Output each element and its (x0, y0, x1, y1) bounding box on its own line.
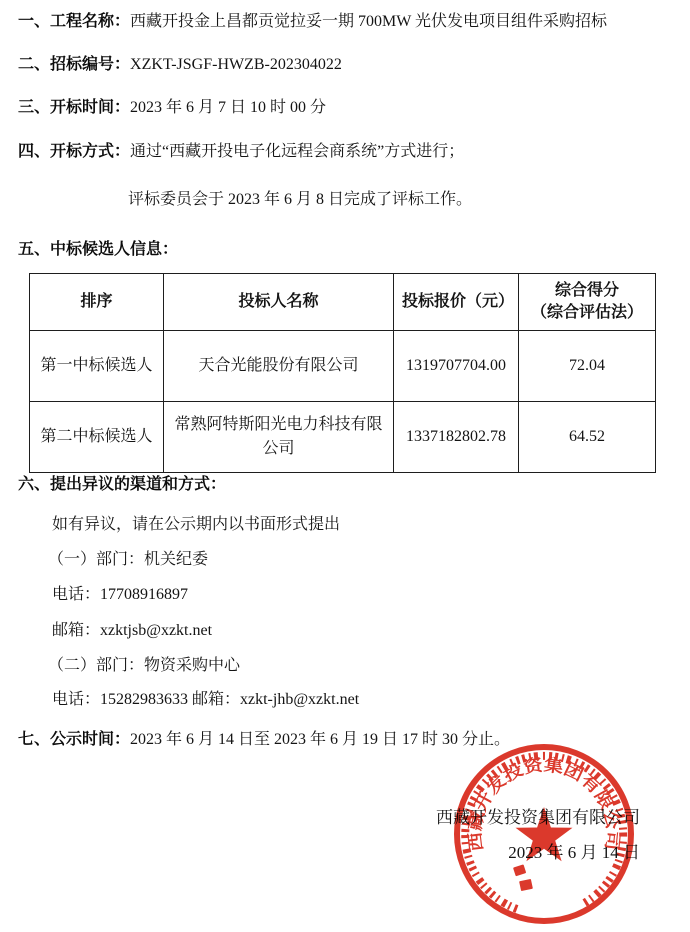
section-objection-heading: 六、提出异议的渠道和方式： (18, 474, 226, 496)
table-header-price: 投标报价（元） (394, 274, 519, 331)
section6-label: 六、提出异议的渠道和方式： (18, 476, 226, 493)
objection-phone1: 电话：17708916897 (52, 584, 188, 606)
section-opening-method: 四、开标方式：通过“西藏开投电子化远程会商系统”方式进行； (18, 141, 464, 163)
cell-price: 1319707704.00 (394, 331, 519, 402)
table-header-bidder: 投标人名称 (164, 274, 394, 331)
cell-rank: 第一中标候选人 (30, 331, 164, 402)
table-header-rank: 排序 (30, 274, 164, 331)
stamp-bottom-script-mark (519, 879, 533, 891)
section-candidates-heading: 五、中标候选人信息： (18, 239, 178, 261)
cell-bidder: 天合光能股份有限公司 (164, 331, 394, 402)
table-header-score-line1: 综合得分 (527, 280, 647, 302)
section2-label: 二、招标编号： (18, 56, 130, 73)
svg-text:西藏开发投资集团有限公司: 西藏开发投资集团有限公司 (465, 754, 623, 852)
signature-date: 2023 年 6 月 14 日 (508, 841, 640, 865)
stamp-tibetan-script-ring (465, 756, 623, 909)
table-row: 第一中标候选人 天合光能股份有限公司 1319707704.00 72.04 (30, 331, 656, 402)
section4-value: 通过“西藏开投电子化远程会商系统”方式进行； (130, 143, 464, 160)
section7-label: 七、公示时间： (18, 731, 130, 748)
table-header-score: 综合得分 （综合评估法） (519, 274, 656, 331)
announcement-page: 一、工程名称：西藏开投金上昌都贡觉拉妥一期 700MW 光伏发电项目组件采购招标… (0, 0, 690, 932)
section5-label: 五、中标候选人信息： (18, 241, 178, 258)
section3-label: 三、开标时间： (18, 99, 130, 116)
objection-dept1: （一）部门：机关纪委 (48, 549, 208, 571)
cell-rank: 第二中标候选人 (30, 402, 164, 473)
candidates-table: 排序 投标人名称 投标报价（元） 综合得分 （综合评估法） 第一中标候选人 天合… (29, 273, 656, 473)
section2-value: XZKT-JSGF-HWZB-202304022 (130, 56, 342, 73)
section1-value: 西藏开投金上昌都贡觉拉妥一期 700MW 光伏发电项目组件采购招标 (130, 13, 607, 30)
cell-score: 72.04 (519, 331, 656, 402)
signature-company: 西藏开发投资集团有限公司 (436, 806, 640, 830)
section4-label: 四、开标方式： (18, 143, 130, 160)
table-header-score-line2: （综合评估法） (527, 302, 647, 324)
objection-email1: 邮箱：xzktjsb@xzkt.net (52, 620, 212, 642)
official-seal-stamp: 西藏开发投资集团有限公司 (450, 740, 638, 928)
section-project-name: 一、工程名称：西藏开投金上昌都贡觉拉妥一期 700MW 光伏发电项目组件采购招标 (18, 11, 607, 33)
table-row: 第二中标候选人 常熟阿特斯阳光电力科技有限公司 1337182802.78 64… (30, 402, 656, 473)
objection-intro: 如有异议，请在公示期内以书面形式提出 (52, 514, 340, 536)
section3-value: 2023 年 6 月 7 日 10 时 00 分 (130, 99, 326, 116)
cell-bidder: 常熟阿特斯阳光电力科技有限公司 (164, 402, 394, 473)
section1-label: 一、工程名称： (18, 13, 130, 30)
stamp-bottom-script-mark (513, 864, 526, 876)
section-evaluation-note: 评标委员会于 2023 年 6 月 8 日完成了评标工作。 (128, 189, 472, 211)
section-opening-time: 三、开标时间：2023 年 6 月 7 日 10 时 00 分 (18, 97, 326, 119)
section-publicity-time: 七、公示时间：2023 年 6 月 14 日至 2023 年 6 月 19 日 … (18, 729, 510, 751)
section-bid-number: 二、招标编号：XZKT-JSGF-HWZB-202304022 (18, 54, 342, 76)
cell-score: 64.52 (519, 402, 656, 473)
objection-phone2: 电话：15282983633 邮箱：xzkt-jhb@xzkt.net (52, 689, 359, 711)
stamp-outer-ring (457, 747, 631, 921)
section4-value2: 评标委员会于 2023 年 6 月 8 日完成了评标工作。 (128, 191, 472, 208)
cell-price: 1337182802.78 (394, 402, 519, 473)
stamp-company-text: 西藏开发投资集团有限公司 (465, 754, 623, 852)
objection-dept2: （二）部门：物资采购中心 (48, 655, 240, 677)
table-header-row: 排序 投标人名称 投标报价（元） 综合得分 （综合评估法） (30, 274, 656, 331)
section7-value: 2023 年 6 月 14 日至 2023 年 6 月 19 日 17 时 30… (130, 731, 510, 748)
